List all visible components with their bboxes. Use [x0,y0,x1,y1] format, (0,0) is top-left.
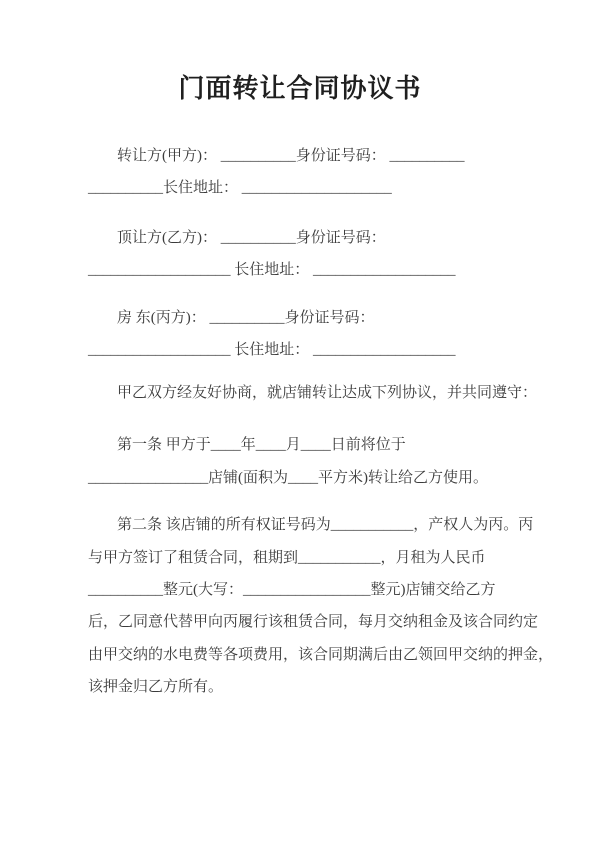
contract-document-page: 门面转让合同协议书 转让方(甲方)： __________身份证号码： ____… [0,0,600,849]
article-2-line-3: __________整元(大写：_________________整元)店铺交给… [88,582,496,599]
article-2-line-2: 与甲方签订了租赁合同，租期到___________，月租为人民币 [88,550,486,567]
party-a-identity-line: 转让方(甲方)： __________身份证号码： __________ [117,148,465,165]
document-title: 门面转让合同协议书 [0,68,600,105]
article-2-line-5: 由甲交纳的水电费等各项费用，该合同期满后由乙领回甲交纳的押金， [88,647,553,664]
agreement-intro-line: 甲乙双方经友好协商，就店铺转让达成下列协议，并共同遵守： [117,385,537,402]
party-b-identity-line: 顶让方(乙方)： __________身份证号码： [117,230,386,247]
article-2-line-4: 后，乙同意代替甲向丙履行该租赁合同，每月交纳租金及该合同约定 [88,614,538,631]
article-1-line-2: ________________店铺(面积为____平方米)转让给乙方使用。 [88,470,488,487]
party-c-address-line: ___________________ 长住地址： ______________… [88,342,456,359]
party-a-address-line: __________长住地址： ____________________ [88,180,392,197]
article-2-line-6: 该押金归乙方所有。 [88,679,223,696]
party-b-address-line: ___________________ 长住地址： ______________… [88,262,456,279]
party-c-identity-line: 房 东(丙方)： __________身份证号码： [117,310,375,327]
article-2-line-1: 第二条 该店铺的所有权证号码为___________，产权人为丙。丙 [117,517,533,534]
article-1-line-1: 第一条 甲方于____年____月____日前将位于 [117,437,406,454]
